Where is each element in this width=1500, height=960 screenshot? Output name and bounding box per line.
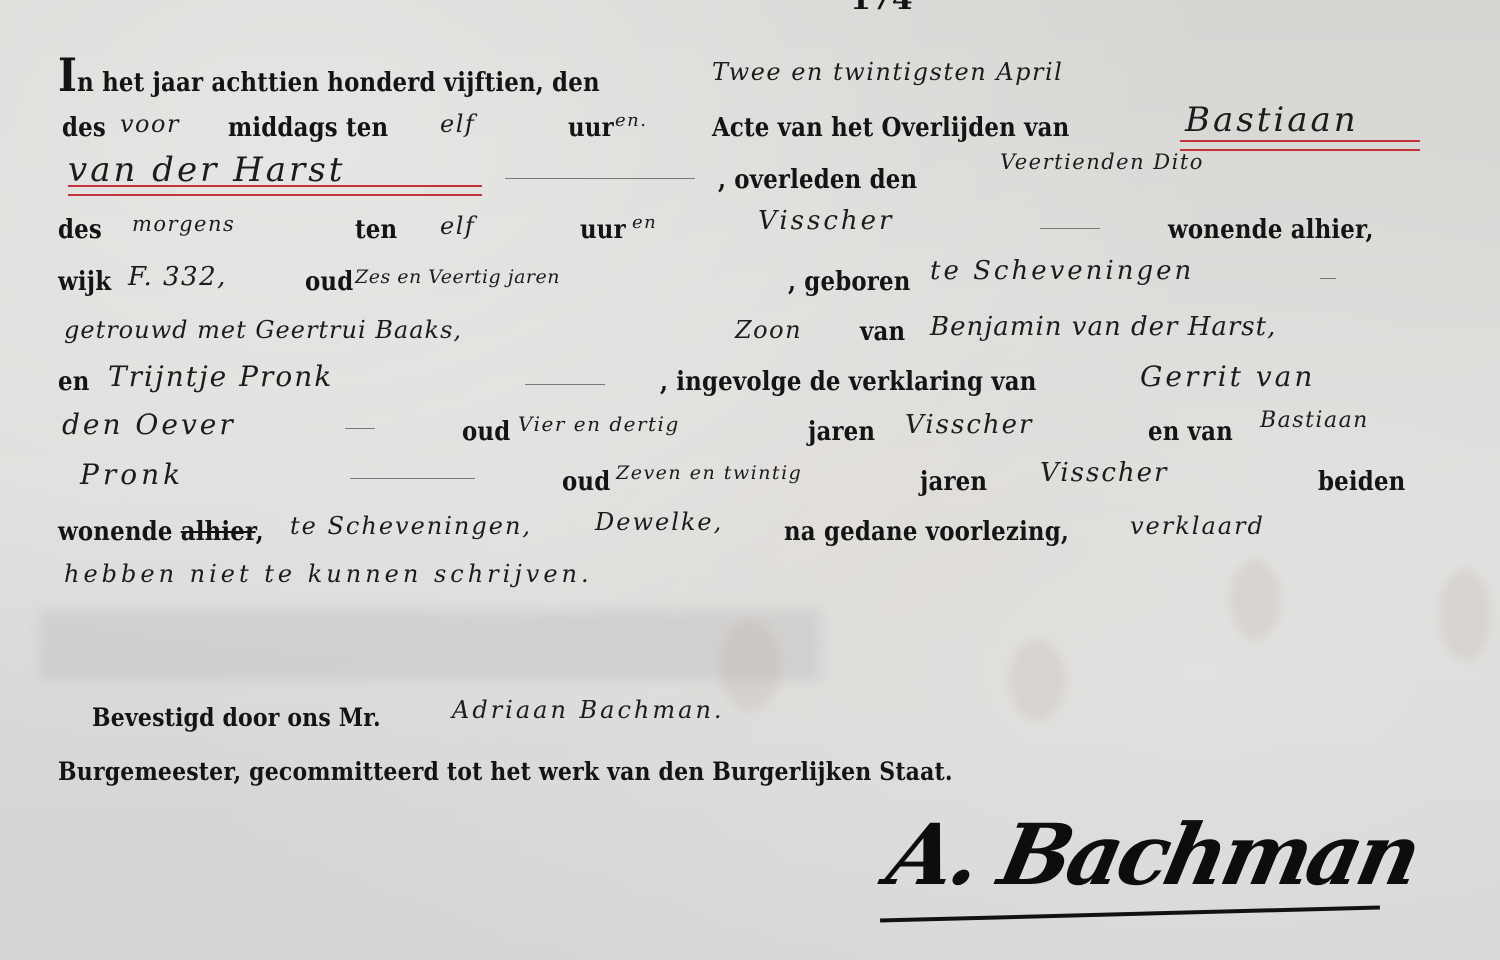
- red-underline: [68, 185, 482, 196]
- printed-text: uur: [580, 214, 626, 246]
- handwritten-mayor-name: Adriaan Bachman.: [452, 696, 725, 724]
- line-4-ten: ten: [355, 214, 403, 246]
- fill-dash: [1040, 228, 1100, 229]
- handwritten-surname: van der Harst: [68, 150, 345, 190]
- bleed-through-mark: [720, 620, 780, 710]
- red-underline: [1180, 140, 1420, 151]
- scanned-document-page: 174 In het jaar achttien honderd vijftie…: [0, 0, 1500, 960]
- printed-text: jaren: [808, 416, 875, 448]
- printed-text: oud: [305, 266, 353, 298]
- handwritten-given-name: Bastiaan: [1185, 100, 1359, 140]
- handwritten-witness1-name: Gerrit van: [1140, 360, 1315, 393]
- printed-text: In het jaar achttien honderd vijftien, d…: [58, 55, 600, 99]
- page-number-fragment: 174: [850, 0, 913, 17]
- handwritten-morgens: morgens: [132, 212, 235, 236]
- line-2-acte: Acte van het Overlijden van: [712, 112, 1118, 144]
- printed-text: wonende alhier,: [58, 516, 264, 548]
- printed-text: oud: [462, 416, 510, 448]
- printed-text: , overleden den: [718, 164, 917, 196]
- bleed-through-mark: [1230, 560, 1280, 640]
- printed-text: middags ten: [228, 112, 388, 144]
- printed-text: Burgemeester, gecommitteerd tot het werk…: [58, 756, 953, 788]
- line-8-oud: oud: [462, 416, 517, 448]
- handwritten-witness2-occupation: Visscher: [1040, 458, 1168, 488]
- printed-text: , ingevolge de verklaring van: [660, 366, 1037, 398]
- fill-dash: [525, 384, 605, 385]
- printed-text: en van: [1148, 416, 1233, 448]
- printed-line1: n het jaar achttien honderd vijftien, de…: [77, 68, 600, 98]
- handwritten-witness2-age: Zeven en twintig: [616, 462, 802, 484]
- handwritten-en: en: [632, 212, 657, 233]
- line-1: In het jaar achttien honderd vijftien, d…: [58, 55, 674, 99]
- line-2-middags: middags ten: [228, 112, 410, 144]
- line-9-oud: oud: [562, 466, 617, 498]
- handwritten-death-date: Veertienden Dito: [1000, 150, 1204, 174]
- handwritten-elf: elf: [440, 110, 475, 138]
- handwritten-zoon: Zoon: [735, 316, 802, 344]
- line-3-overleden: , overleden den: [718, 164, 945, 196]
- line-8-en-van: en van: [1148, 416, 1245, 448]
- bleed-through-mark: [1010, 640, 1065, 720]
- fill-dash: [1320, 278, 1336, 279]
- handwritten-witness1-surname: den Oever: [62, 408, 236, 441]
- handwritten-father: Benjamin van der Harst,: [930, 312, 1276, 342]
- signature-flourish: [880, 905, 1380, 922]
- handwritten-verklaard: verklaard: [1130, 512, 1265, 540]
- printed-text: Acte van het Overlijden van: [712, 112, 1069, 144]
- printed-text: des: [58, 214, 102, 246]
- handwritten-en: en.: [615, 110, 647, 131]
- handwritten-witness1-occupation: Visscher: [905, 410, 1033, 440]
- fill-dash: [350, 478, 475, 479]
- printed-text: wijk: [58, 266, 111, 298]
- line-5-oud: oud: [305, 266, 360, 298]
- line-10-wonende: wonende alhier,: [58, 516, 292, 548]
- line-10-voorlezing: na gedane voorlezing,: [784, 516, 1108, 548]
- printed-text: en: [58, 366, 90, 398]
- line-7-ingevolge: , ingevolge de verklaring van: [660, 366, 1088, 398]
- printed-text: na gedane voorlezing,: [784, 516, 1069, 548]
- handwritten-date: Twee en twintigsten April: [712, 58, 1063, 86]
- handwritten-witness2-surname: Pronk: [80, 458, 184, 491]
- handwritten-witness1-age: Vier en dertig: [518, 412, 680, 436]
- mayor-signature: A. Bachman: [879, 805, 1426, 904]
- handwritten-closing: hebben niet te kunnen schrijven.: [64, 560, 593, 588]
- handwritten-mother: Trijntje Pronk: [108, 360, 333, 393]
- printed-text: Bevestigd door ons Mr.: [92, 702, 381, 734]
- line-2-uur: uur: [568, 112, 620, 144]
- handwritten-elf: elf: [440, 212, 475, 240]
- handwritten-spouse: getrouwd met Geertrui Baaks,: [64, 316, 462, 344]
- bleed-through-stamp: [40, 610, 820, 680]
- handwritten-residence: te Scheveningen,: [290, 512, 532, 540]
- handwritten-age: Zes en Veertig jaren: [355, 266, 560, 288]
- printed-text: van: [860, 316, 905, 348]
- printed-text: beiden: [1318, 466, 1406, 498]
- handwritten-voor: voor: [120, 110, 180, 138]
- fill-dash: [345, 428, 375, 429]
- printed-text: , geboren: [788, 266, 911, 298]
- handwritten-witness2-name: Bastiaan: [1260, 408, 1369, 433]
- line-8-jaren: jaren: [808, 416, 884, 448]
- drop-cap: I: [58, 48, 77, 102]
- line-9-beiden: beiden: [1318, 466, 1417, 498]
- line-4-wonende: wonende alhier,: [1168, 214, 1402, 246]
- handwritten-dewelke: Dewelke,: [595, 508, 723, 536]
- line-4-des: des: [58, 214, 108, 246]
- handwritten-birthplace: te Scheveningen: [930, 256, 1194, 286]
- handwritten-occupation: Visscher: [758, 206, 894, 236]
- line-2-des: des: [62, 112, 112, 144]
- printed-text: des: [62, 112, 106, 144]
- struck-alhier: alhier: [181, 517, 256, 547]
- line-9-jaren: jaren: [920, 466, 996, 498]
- printed-text: wonende alhier,: [1168, 214, 1374, 246]
- handwritten-ward: F. 332,: [128, 262, 227, 292]
- printed-comma: ,: [256, 517, 264, 547]
- printed-text: ten: [355, 214, 397, 246]
- line-6-van: van: [860, 316, 911, 348]
- confirmation-line: Bevestigd door ons Mr.: [92, 702, 420, 734]
- printed-wonende: wonende: [58, 517, 173, 547]
- fill-dash: [505, 178, 695, 179]
- printed-text: uur: [568, 112, 614, 144]
- line-7-en: en: [58, 366, 94, 398]
- printed-text: oud: [562, 466, 610, 498]
- printed-text: jaren: [920, 466, 987, 498]
- line-5-geboren: , geboren: [788, 266, 927, 298]
- mayor-title-line: Burgemeester, gecommitteerd tot het werk…: [58, 756, 1075, 788]
- bleed-through-mark: [1440, 570, 1490, 660]
- line-5-wijk: wijk: [58, 266, 118, 298]
- line-4-uur: uur: [580, 214, 632, 246]
